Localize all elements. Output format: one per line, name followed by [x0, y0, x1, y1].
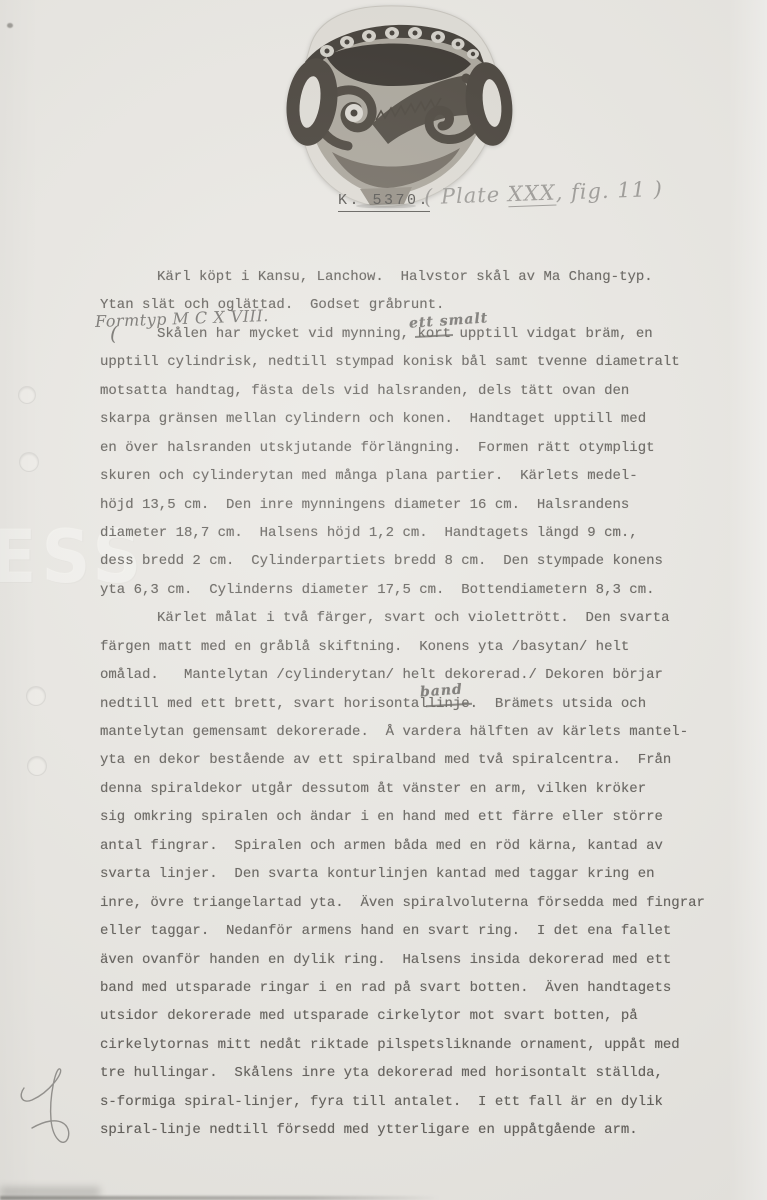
typed-text: Kärl köpt i Kansu, Lanchow. Halvstor skå… [157, 269, 653, 285]
text-line: utsidor dekorerade med utsparade cirkely… [100, 1002, 740, 1030]
typed-text: mantelytan gemensamt dekorerade. Å varde… [100, 724, 688, 740]
typed-text: diameter 18,7 cm. Halsens höjd 1,2 cm. H… [100, 525, 638, 541]
typed-text: Skålen har mycket vid mynning, [157, 326, 417, 342]
typed-text: omålad. Mantelytan /cylinderytan/ helt d… [100, 667, 663, 683]
text-line: nedtill med ett brett, svart horisontall… [100, 690, 740, 718]
text-line: skuren och cylinderytan med många plana … [100, 462, 740, 490]
typed-text: upptill cylindrisk, nedtill stympad koni… [100, 354, 680, 370]
text-line: diameter 18,7 cm. Halsens höjd 1,2 cm. H… [100, 519, 740, 547]
text-line: Kärlet målat i två färger, svart och vio… [100, 604, 740, 632]
plate-note-pre: ( Plate [424, 182, 509, 209]
typed-text: yta 6,3 cm. Cylinderns diameter 17,5 cm.… [100, 582, 655, 598]
text-line: svarta linjer. Den svarta konturlinjen k… [100, 860, 740, 888]
typed-text: nedtill med ett brett, svart horisontal [100, 696, 428, 712]
text-line: yta 6,3 cm. Cylinderns diameter 17,5 cm.… [100, 576, 740, 604]
text-line: tre hullingar. Skålens inre yta dekorera… [100, 1059, 740, 1087]
text-line: dess bredd 2 cm. Cylinderpartiets bredd … [100, 547, 740, 575]
ink-speck [7, 23, 13, 28]
text-line: även ovanför handen en dylik ring. Halse… [100, 946, 740, 974]
typed-text: färgen matt med en gråblå skiftning. Kon… [100, 639, 629, 655]
text-line: motsatta handtag, fästa dels vid halsran… [100, 377, 740, 405]
text-line: mantelytan gemensamt dekorerade. Å varde… [100, 718, 740, 746]
plate-note-post: , fig. 11 ) [555, 177, 663, 205]
typed-text: yta en dekor bestående av ett spiralband… [100, 752, 671, 768]
typed-text: upptill vidgat bräm, en [451, 326, 653, 342]
hole-punch [20, 453, 38, 471]
struck-word: linjeband [428, 690, 470, 718]
text-line: färgen matt med en gråblå skiftning. Kon… [100, 633, 740, 661]
text-line: sig omkring spiralen och ändar i en hand… [100, 803, 740, 831]
plate-note-number: XXX [507, 181, 556, 208]
typed-text: utsidor dekorerade med utsparade cirkely… [100, 1008, 638, 1024]
typed-text: en över halsranden utskjutande förlängni… [100, 440, 655, 456]
typed-text: denna spiraldekor utgår dessutom åt väns… [100, 781, 646, 797]
typed-text: band med utsparade ringar i en rad på sv… [100, 980, 671, 996]
hole-punch [27, 687, 45, 705]
text-line: eller taggar. Nedanför armens hand en sv… [100, 917, 740, 945]
text-line: inre, övre triangelartad yta. Även spira… [100, 889, 740, 917]
struck-word: kortett smalt [417, 320, 451, 348]
typed-text: även ovanför handen en dylik ring. Halse… [100, 952, 671, 968]
typed-text: tre hullingar. Skålens inre yta dekorera… [100, 1065, 663, 1081]
handwritten-paren: ( [110, 321, 118, 345]
text-line: yta en dekor bestående av ett spiralband… [100, 746, 740, 774]
typed-text: sig omkring spiralen och ändar i en hand… [100, 809, 663, 825]
typed-text: skuren och cylinderytan med många plana … [100, 468, 638, 484]
handwritten-insertion: band [419, 681, 463, 700]
typed-text: spiral-linje nedtill försedd med ytterli… [100, 1122, 638, 1138]
hole-punch [28, 757, 46, 775]
typed-text: . Brämets utsida och [470, 696, 646, 712]
text-line: upptill cylindrisk, nedtill stympad koni… [100, 348, 740, 376]
text-line: denna spiraldekor utgår dessutom åt väns… [100, 775, 740, 803]
text-line: s-formiga spiral-linjer, fyra till antal… [100, 1088, 740, 1116]
text-line: band med utsparade ringar i en rad på sv… [100, 974, 740, 1002]
typed-text: inre, övre triangelartad yta. Även spira… [100, 895, 705, 911]
typed-text: höjd 13,5 cm. Den inre mynningens diamet… [100, 497, 629, 513]
typed-text: svarta linjer. Den svarta konturlinjen k… [100, 866, 655, 882]
scanned-document-page: K. 5370. ( Plate XXX, fig. 11 ) Formtyp … [0, 0, 767, 1200]
text-line: spiral-linje nedtill försedd med ytterli… [100, 1116, 740, 1144]
typed-text: s-formiga spiral-linjer, fyra till antal… [100, 1094, 663, 1110]
text-line: höjd 13,5 cm. Den inre mynningens diamet… [100, 491, 740, 519]
catalog-number: K. 5370. [338, 192, 430, 212]
typed-text: dess bredd 2 cm. Cylinderpartiets bredd … [100, 553, 663, 569]
text-line: skarpa gränsen mellan cylindern och kone… [100, 405, 740, 433]
typed-text: Kärlet målat i två färger, svart och vio… [157, 610, 669, 626]
body-text: Kärl köpt i Kansu, Lanchow. Halvstor skå… [100, 263, 740, 1145]
typed-text: cirkelytornas mitt nedåt riktade pilspet… [100, 1037, 680, 1053]
typed-text: skarpa gränsen mellan cylindern och kone… [100, 411, 646, 427]
text-line: Kärl köpt i Kansu, Lanchow. Halvstor skå… [100, 263, 740, 291]
typed-text: motsatta handtag, fästa dels vid halsran… [100, 383, 629, 399]
text-line: cirkelytornas mitt nedåt riktade pilspet… [100, 1031, 740, 1059]
scan-corner-smudge [0, 1187, 100, 1197]
hole-punch [19, 387, 35, 403]
pencil-mark [16, 1066, 78, 1158]
typed-text: eller taggar. Nedanför armens hand en sv… [100, 923, 671, 939]
text-line: antal fingrar. Spiralen och armen båda m… [100, 832, 740, 860]
typed-text: antal fingrar. Spiralen och armen båda m… [100, 838, 663, 854]
text-line: en över halsranden utskjutande förlängni… [100, 434, 740, 462]
bowl-photograph [248, 2, 516, 208]
spiral-center-core [351, 110, 358, 117]
